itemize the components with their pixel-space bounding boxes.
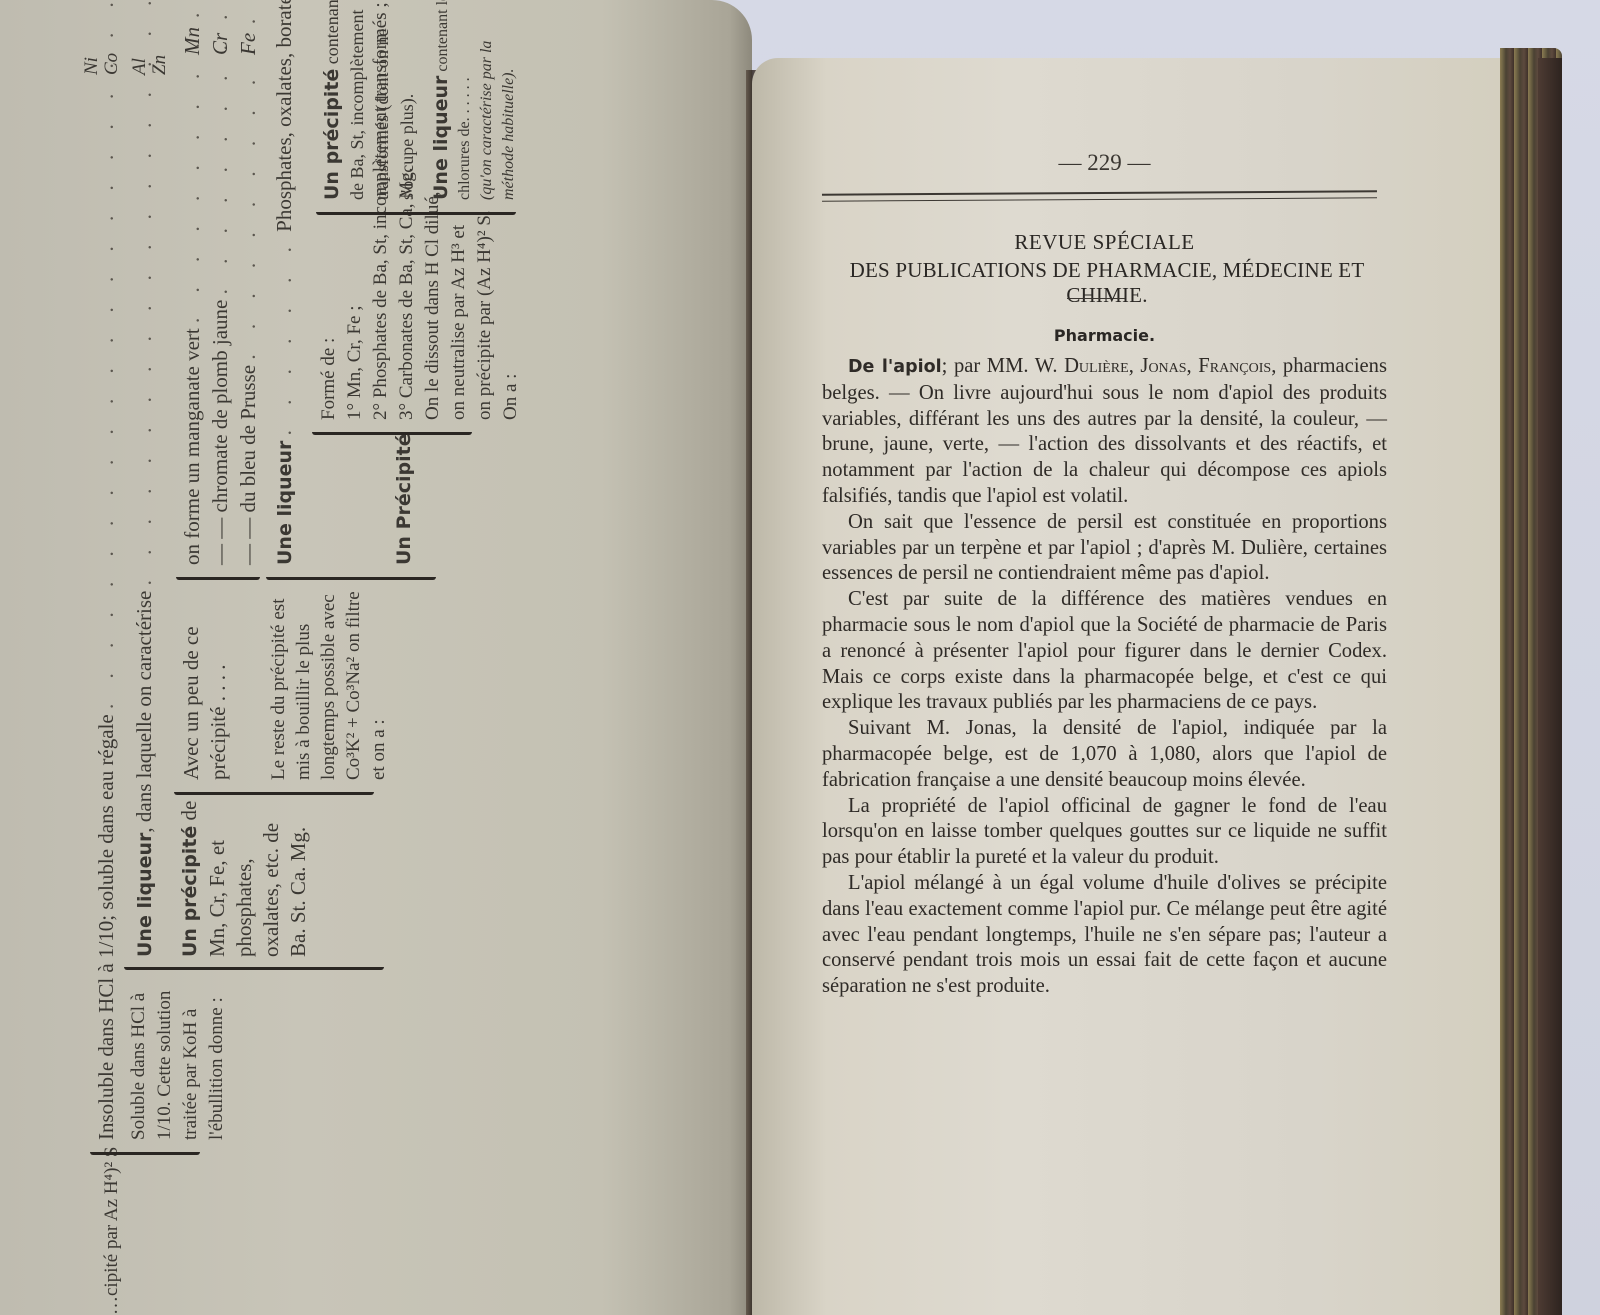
result-mn: Mn xyxy=(178,27,206,55)
liqueur-row: Une liqueur, dans laquelle on caractéris… xyxy=(130,0,159,957)
paragraph: C'est par suite de la différence des mat… xyxy=(822,587,1387,716)
final-liqueur-block: Une liqueur contenant les chlorures de. … xyxy=(430,0,520,200)
paragraph: pharmaciens belges. — On livre aujourd'h… xyxy=(822,355,1387,507)
brace xyxy=(316,212,516,215)
brace xyxy=(266,577,436,580)
page-number: — 229 — xyxy=(822,150,1387,176)
avec-line-3: — — du bleu de Prusse . . . . . . . . . … xyxy=(234,0,262,565)
avec-peu: Avec un peu de ce précipité . . . . xyxy=(178,580,232,780)
double-rule-divider xyxy=(822,190,1377,201)
result-fe: Fe xyxy=(234,33,262,55)
precipite-block: Un précipité de Mn, Cr, Fe, et phosphate… xyxy=(176,797,312,957)
brace xyxy=(176,577,260,580)
left-page: …cipité par Az H⁴)² S Insoluble dans HCl… xyxy=(0,0,752,1315)
paragraph: La propriété de l'apiol officinal de gag… xyxy=(822,794,1387,871)
sub-precipite-label: Un Précipité xyxy=(390,433,418,565)
final-precipite-block: Un précipité contenant Mn, Cr, Fe, et ph… xyxy=(320,0,420,200)
heading-publications: DES PUBLICATIONS DE PHARMACIE, MÉDECINE … xyxy=(822,258,1392,308)
heading-revue-speciale: REVUE SPÉCIALE xyxy=(822,230,1387,255)
table-root-label: …cipité par Az H⁴)² S xyxy=(98,1146,126,1315)
article-body: De l'apiol; par MM. W. Dulière, Jonas, F… xyxy=(822,354,1387,1000)
article-title: De l'apiol xyxy=(848,357,942,377)
sub-liqueur-row: Une liqueur . . . . . . . Phosphates, ox… xyxy=(270,0,299,565)
brace xyxy=(124,967,384,970)
result-cr: Cr xyxy=(206,33,234,55)
result-al-zn: Al Zn xyxy=(130,55,170,75)
branch-soluble: Soluble dans HCl à 1/10. Cette solution … xyxy=(126,970,230,1140)
brace xyxy=(174,792,374,795)
paragraph: On sait que l'essence de persil est cons… xyxy=(822,510,1387,587)
article-lead: De l'apiol; par MM. W. Dulière, Jonas, F… xyxy=(822,354,1387,510)
short-rule-divider xyxy=(1067,298,1125,299)
result-ni-co: Ni Co xyxy=(82,53,122,75)
book-page-edges-binding xyxy=(1500,48,1562,1315)
paragraph: L'apiol mélangé à un égal volume d'huile… xyxy=(822,871,1387,1000)
avec-line-1: on forme un manganate vert . . . . . . .… xyxy=(178,0,206,565)
brace xyxy=(90,1152,200,1155)
branch-insoluble: Insoluble dans HCl à 1/10; soluble dans … xyxy=(92,0,120,1140)
right-page: — 229 — REVUE SPÉCIALE DES PUBLICATIONS … xyxy=(752,58,1500,1315)
section-title: Pharmacie. xyxy=(822,326,1387,345)
rotated-analysis-table: …cipité par Az H⁴)² S Insoluble dans HCl… xyxy=(90,0,650,1315)
article-authors: Dulière, Jonas, François, xyxy=(1064,355,1276,377)
reste-block: Le reste du précipité est mis à bouillir… xyxy=(266,580,391,780)
avec-line-2: — — chromate de plomb jaune . . . . . . … xyxy=(206,0,234,565)
brace xyxy=(312,432,472,435)
paragraph: Suivant M. Jonas, la densité de l'apiol,… xyxy=(822,716,1387,793)
